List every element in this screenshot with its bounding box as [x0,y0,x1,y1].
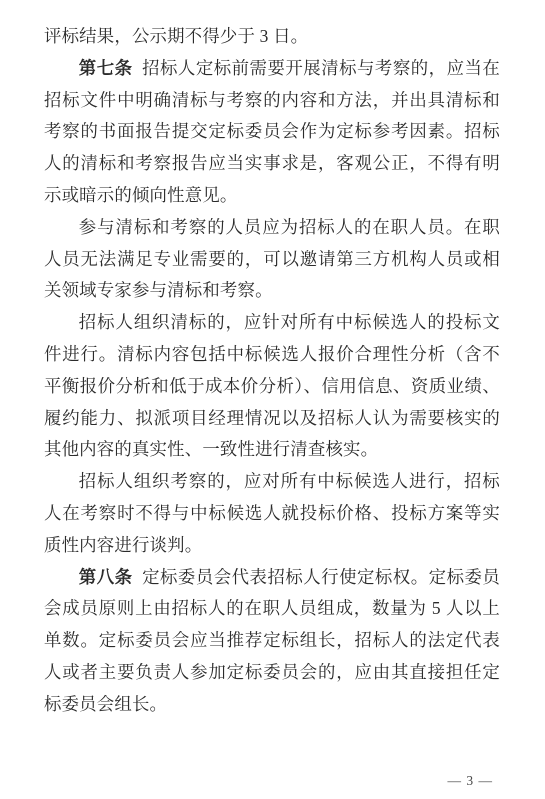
paragraph-text: 招标人组织考察的，应对所有中标候选人进行，招标人在考察时不得与中标候选人就投标价… [44,471,500,555]
document-body: 评标结果，公示期不得少于 3 日。 第七条招标人定标前需要开展清标与考察的，应当… [44,21,500,721]
paragraph-text: 参与清标和考察的人员应为招标人的在职人员。在职人员无法满足专业需要的，可以邀请第… [44,217,500,301]
document-page: 评标结果，公示期不得少于 3 日。 第七条招标人定标前需要开展清标与考察的，应当… [0,0,545,799]
paragraph-continuation: 评标结果，公示期不得少于 3 日。 [44,21,500,53]
paragraph: 招标人组织考察的，应对所有中标候选人进行，招标人在考察时不得与中标候选人就投标价… [44,466,500,561]
page-number: — 3 — [448,774,494,788]
paragraph-text: 定标委员会代表招标人行使定标权。定标委员会成员原则上由招标人的在职人员组成，数量… [44,567,500,714]
paragraph-text: 招标人定标前需要开展清标与考察的，应当在招标文件中明确清标与考察的内容和方法，并… [44,58,500,205]
paragraph-text: 评标结果，公示期不得少于 3 日。 [44,26,308,46]
paragraph-text: 招标人组织清标的，应针对所有中标候选人的投标文件进行。清标内容包括中标候选人报价… [44,312,500,459]
paragraph: 参与清标和考察的人员应为招标人的在职人员。在职人员无法满足专业需要的，可以邀请第… [44,212,500,307]
article-number: 第八条 [79,567,133,587]
paragraph-article-8: 第八条定标委员会代表招标人行使定标权。定标委员会成员原则上由招标人的在职人员组成… [44,562,500,721]
article-number: 第七条 [79,58,133,78]
paragraph: 招标人组织清标的，应针对所有中标候选人的投标文件进行。清标内容包括中标候选人报价… [44,307,500,466]
paragraph-article-7: 第七条招标人定标前需要开展清标与考察的，应当在招标文件中明确清标与考察的内容和方… [44,53,500,212]
